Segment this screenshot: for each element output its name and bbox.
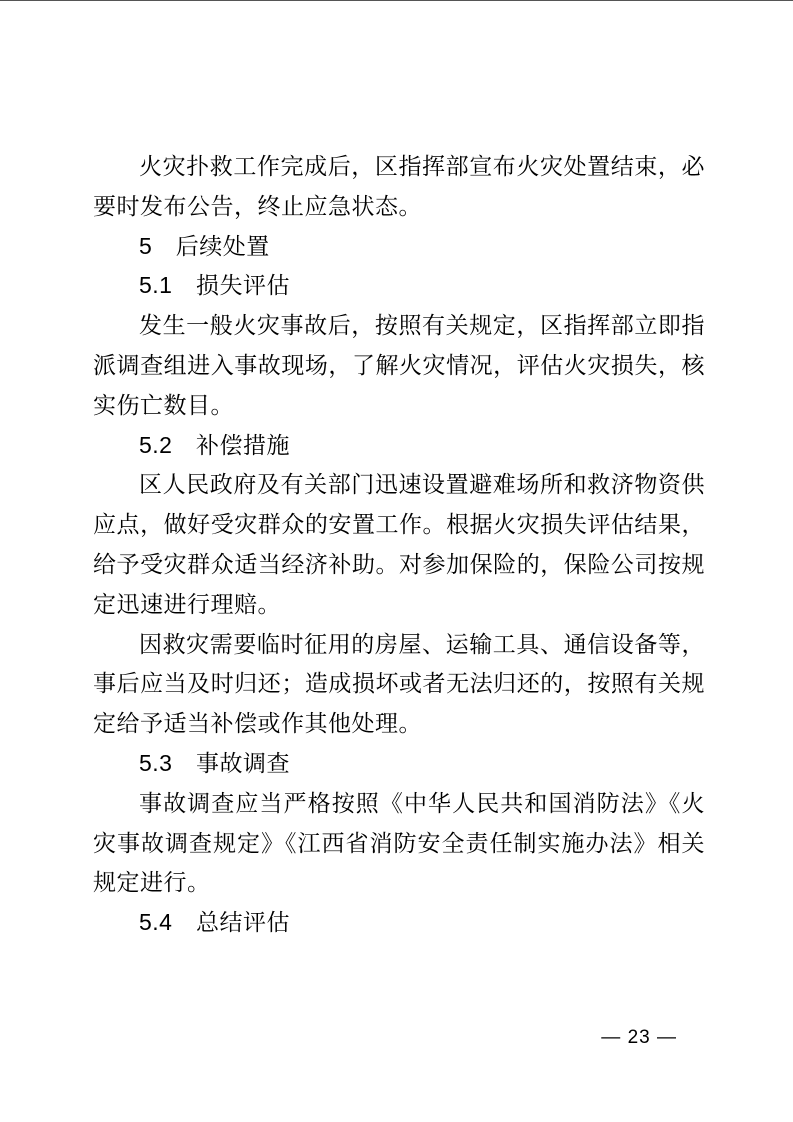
page-footer: — 23 — — [601, 1027, 677, 1049]
page-number: — 23 — — [601, 1027, 677, 1048]
body-paragraph: 事故调查应当严格按照《中华人民共和国消防法》《火灾事故调查规定》《江西省消防安全… — [93, 784, 705, 903]
section-heading: 5.4 总结评估 — [93, 903, 705, 943]
document-page: 火灾扑救工作完成后，区指挥部宣布火灾处置结束，必要时发布公告，终止应急状态。5 … — [0, 0, 793, 1122]
body-paragraph: 发生一般火灾事故后，按照有关规定，区指挥部立即指派调查组进入事故现场，了解火灾情… — [93, 306, 705, 425]
body-paragraph: 因救灾需要临时征用的房屋、运输工具、通信设备等，事后应当及时归还；造成损坏或者无… — [93, 625, 705, 744]
section-heading: 5.2 补偿措施 — [93, 426, 705, 466]
body-paragraph: 火灾扑救工作完成后，区指挥部宣布火灾处置结束，必要时发布公告，终止应急状态。 — [93, 147, 705, 227]
section-heading: 5.1 损失评估 — [93, 266, 705, 306]
body-paragraph: 区人民政府及有关部门迅速设置避难场所和救济物资供应点，做好受灾群众的安置工作。根… — [93, 465, 705, 624]
document-body: 火灾扑救工作完成后，区指挥部宣布火灾处置结束，必要时发布公告，终止应急状态。5 … — [93, 147, 705, 943]
section-heading: 5 后续处置 — [93, 227, 705, 267]
section-heading: 5.3 事故调查 — [93, 744, 705, 784]
